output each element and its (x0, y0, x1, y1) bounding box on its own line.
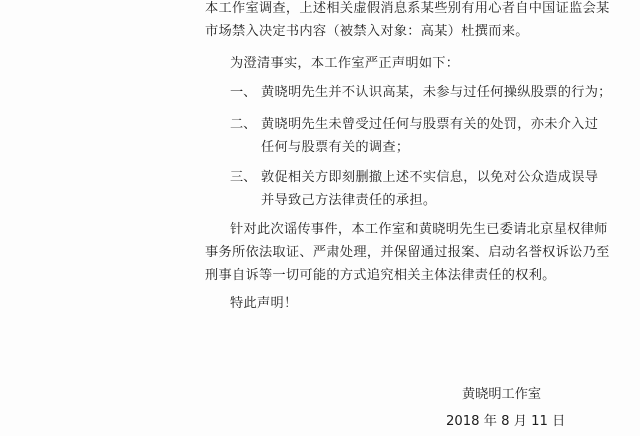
action-line-1: 针对此次谣传事件，本工作室和黄晓明先生已委请北京星权律师 (230, 222, 608, 238)
item-2-line-2: 任何与股票有关的调查； (261, 140, 409, 156)
closing-statement: 特此声明！ (230, 296, 297, 312)
action-line-3: 刑事自诉等一切可能的方式追究相关主体法律责任的权利。 (205, 268, 556, 284)
signature-date: 2018 年 8 月 11 日 (446, 414, 565, 430)
item-3-line-2: 并导致己方法律责任的承担。 (261, 193, 436, 209)
item-3-number: 三、 (230, 170, 256, 186)
clarify-heading: 为澄清事实，本工作室严正声明如下： (230, 56, 459, 72)
item-2-line-1: 黄晓明先生未曾受过任何与股票有关的处罚，亦未介入过 (261, 117, 598, 133)
intro-line-1: 本工作室调查，上述相关虚假消息系某些别有用心者自中国证监会某 (205, 1, 610, 17)
item-2-number: 二、 (230, 117, 256, 133)
item-3-line-1: 敦促相关方即刻删撤上述不实信息，以免对公众造成误导 (261, 170, 598, 186)
statement-document: 本工作室调查，上述相关虚假消息系某些别有用心者自中国证监会某 市场禁入决定书内容… (0, 0, 640, 436)
intro-line-2: 市场禁入决定书内容（被禁入对象：高某）杜撰而来。 (205, 24, 529, 40)
action-line-2: 事务所依法取证、严肃处理，并保留通过报案、启动名誉权诉讼乃至 (205, 245, 610, 261)
signature-org: 黄晓明工作室 (462, 387, 541, 403)
item-1-number: 一、 (230, 85, 256, 101)
item-1-line-1: 黄晓明先生并不认识高某，未参与过任何操纵股票的行为； (261, 85, 612, 101)
